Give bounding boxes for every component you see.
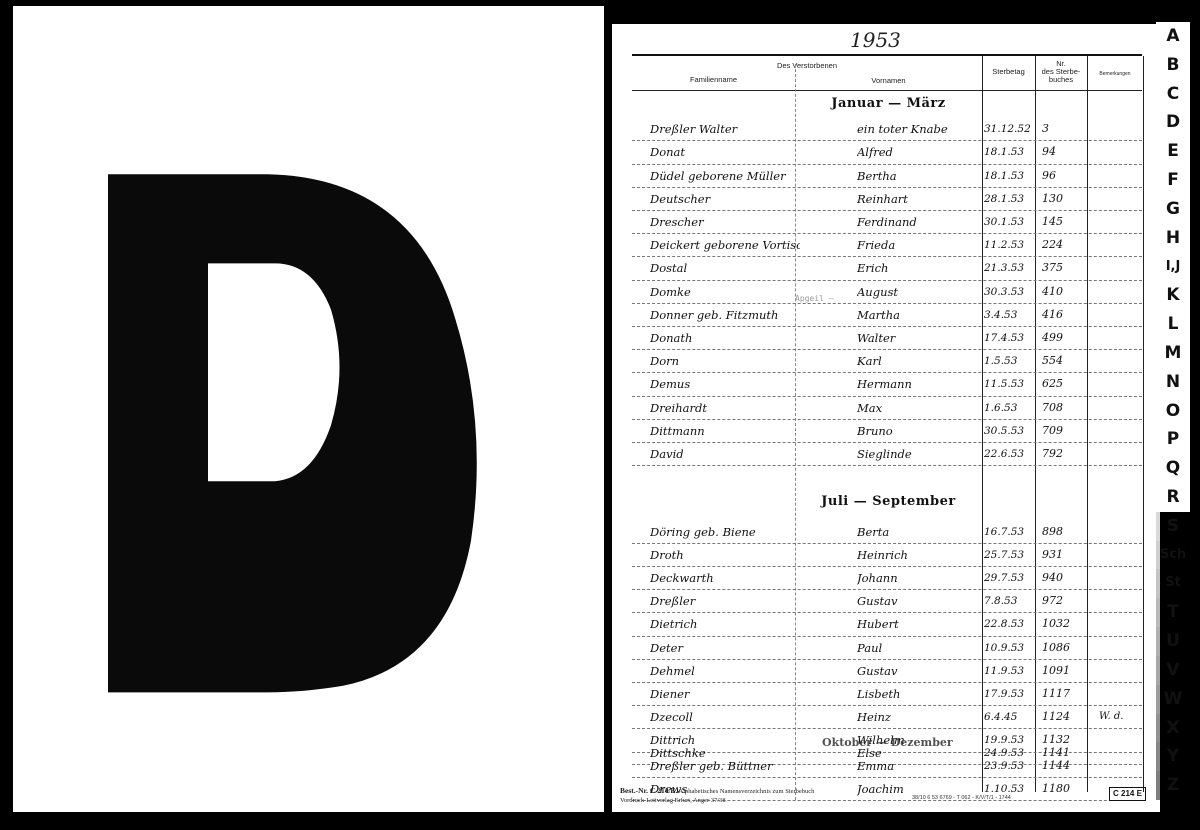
index-tab-n[interactable]: N [1156, 368, 1190, 397]
footer-order-number: Best.-Nr. C 214 E. [620, 786, 677, 795]
row-rule [632, 777, 1142, 778]
entry-vornamen: Lisbeth [857, 687, 987, 701]
entry-nr: 410 [1042, 285, 1090, 298]
entry-familienname: Düdel geborene Müller [650, 169, 800, 183]
row-rule [632, 140, 1142, 141]
entry-familienname: Droth [650, 548, 800, 562]
entry-nr: 1144 [1042, 759, 1090, 772]
index-tab-u[interactable]: U [1156, 627, 1190, 656]
entry-nr: 145 [1042, 215, 1090, 228]
entry-nr: 1132 [1042, 733, 1090, 746]
entry-familienname: Deter [650, 641, 800, 655]
entry-sterbetag: 25.7.53 [984, 549, 1036, 561]
index-tab-b[interactable]: B [1156, 51, 1190, 80]
entry-nr: 375 [1042, 261, 1090, 274]
entry-familienname: Dehmel [650, 664, 800, 678]
entry-nr: 1124 [1042, 710, 1090, 723]
row-rule [632, 372, 1142, 373]
entry-nr: 94 [1042, 145, 1090, 158]
row-rule [632, 543, 1142, 544]
entry-nr: 708 [1042, 401, 1090, 414]
entry-familienname: Dietrich [650, 617, 800, 631]
entry-familienname: Deckwarth [650, 571, 800, 585]
row-rule [632, 442, 1142, 443]
entry-vornamen: Erich [857, 261, 987, 275]
entry-vornamen: ein toter Knabe [857, 122, 987, 136]
row-rule [632, 187, 1142, 188]
row-rule [632, 705, 1142, 706]
entry-nr: 898 [1042, 525, 1090, 538]
entry-vornamen: Heinrich [857, 548, 987, 562]
alphabet-index-tabs: ABCDEFGHI,JKLMNOPQRSSchStTUVWXYZ [1156, 22, 1192, 812]
row-rule [632, 612, 1142, 613]
index-tab-k[interactable]: K [1156, 281, 1190, 310]
index-tab-t[interactable]: T [1156, 598, 1190, 627]
letter-d-divider-icon [13, 6, 604, 812]
entry-sterbetag: 6.4.45 [984, 711, 1036, 723]
footer-title: Alphabetisches Namensverzeichnis zum Ste… [679, 788, 815, 795]
entry-sterbetag: 11.2.53 [984, 239, 1036, 251]
row-rule [632, 280, 1142, 281]
entry-bemerkung: W. d. [1099, 711, 1139, 722]
entry-nr: 940 [1042, 571, 1090, 584]
index-tab-x[interactable]: X [1156, 714, 1190, 743]
entry-familienname: Dostal [650, 261, 800, 275]
entry-familienname: Döring geb. Biene [650, 525, 800, 539]
footer-print-code: 38/10 6 53 6769 - T 062 - K/V/T/1 - 1744 [912, 795, 1011, 801]
entry-familienname: Dorn [650, 354, 800, 368]
entry-vornamen: Martha [857, 308, 987, 322]
entry-sterbetag: 17.9.53 [984, 688, 1036, 700]
entry-vornamen: Gustav [857, 594, 987, 608]
header-nr: Nr. des Sterbe- buches [1035, 60, 1087, 84]
entry-vornamen: Paul [857, 641, 987, 655]
index-tab-e[interactable]: E [1156, 137, 1190, 166]
row-rule [632, 349, 1142, 350]
header-bemerkungen: Bemerkungen [1087, 70, 1143, 78]
entry-nr: 1180 [1042, 782, 1090, 795]
entry-sterbetag: 7.8.53 [984, 595, 1036, 607]
index-tab-g[interactable]: G [1156, 195, 1190, 224]
stamp-mark: Apgeil — [795, 294, 834, 303]
index-tab-st[interactable]: St [1156, 569, 1190, 598]
entry-familienname: Demus [650, 377, 800, 391]
header-nr-line3: buches [1035, 76, 1087, 84]
entry-familienname: Drescher [650, 215, 800, 229]
entry-sterbetag: 18.1.53 [984, 170, 1036, 182]
form-number-box: C 214 E [1109, 787, 1146, 801]
entry-nr: 972 [1042, 594, 1090, 607]
entry-vornamen: Johann [857, 571, 987, 585]
index-tab-s[interactable]: S [1156, 512, 1190, 541]
entry-familienname: Dreßler geb. Büttner [650, 759, 800, 773]
index-tab-z[interactable]: Z [1156, 771, 1190, 800]
entry-nr: 499 [1042, 331, 1090, 344]
entry-sterbetag: 28.1.53 [984, 193, 1036, 205]
row-rule [632, 419, 1142, 420]
entry-vornamen: Berta [857, 525, 987, 539]
entry-nr: 130 [1042, 192, 1090, 205]
entry-familienname: Dreßler Walter [650, 122, 800, 136]
row-rule [632, 636, 1142, 637]
row-rule [632, 303, 1142, 304]
entry-sterbetag: 30.5.53 [984, 425, 1036, 437]
index-tab-p[interactable]: P [1156, 425, 1190, 454]
entry-nr: 96 [1042, 169, 1090, 182]
index-tab-w[interactable]: W [1156, 685, 1190, 714]
register-year: 1953 [850, 28, 901, 52]
entry-nr: 1117 [1042, 687, 1090, 700]
entry-sterbetag: 19.9.53 [984, 734, 1036, 746]
row-rule [632, 682, 1142, 683]
header-rule [632, 54, 1142, 56]
divider-card [13, 6, 604, 812]
row-rule [632, 396, 1142, 397]
entry-nr: 792 [1042, 447, 1090, 460]
entry-familienname: Dreihardt [650, 401, 800, 415]
entry-sterbetag: 1.10.53 [984, 783, 1036, 795]
index-tab-a[interactable]: A [1156, 22, 1190, 51]
index-tab-c[interactable]: C [1156, 80, 1190, 109]
entry-sterbetag: 24.9.53 [984, 747, 1036, 759]
index-tab-q[interactable]: Q [1156, 454, 1190, 483]
index-tab-h[interactable]: H [1156, 224, 1190, 253]
entry-familienname: David [650, 447, 800, 461]
column-divider [1143, 56, 1144, 792]
entry-sterbetag: 17.4.53 [984, 332, 1036, 344]
index-tab-l[interactable]: L [1156, 310, 1190, 339]
footer-publisher: Vordruck-Leitverlag Erfurt, Anger 37/38 [620, 796, 814, 805]
entry-familienname: Donat [650, 145, 800, 159]
header-bottom-rule [632, 90, 1142, 91]
row-rule [632, 659, 1142, 660]
entry-familienname: Deutscher [650, 192, 800, 206]
row-rule [632, 465, 1142, 466]
entry-familienname: Dzecoll [650, 710, 800, 724]
entry-vornamen: Heinz [857, 710, 987, 724]
section-title: Juli — September [795, 494, 982, 509]
entry-familienname: Donner geb. Fitzmuth [650, 308, 800, 322]
entry-vornamen: Alfred [857, 145, 987, 159]
entry-nr: 416 [1042, 308, 1090, 321]
entry-vornamen: August [857, 285, 987, 299]
form-footer: Best.-Nr. C 214 E. Alphabetisches Namens… [620, 786, 814, 805]
index-tab-sch[interactable]: Sch [1156, 541, 1190, 570]
index-tab-m[interactable]: M [1156, 339, 1190, 368]
register-page: 1953 Des Verstorbenen Familienname Vorna… [612, 24, 1160, 812]
section-title: Oktober — Dezember [822, 736, 953, 749]
header-sterbetag: Sterbetag [982, 68, 1035, 76]
entry-familienname: Diener [650, 687, 800, 701]
entry-vornamen: Bertha [857, 169, 987, 183]
entry-vornamen: Walter [857, 331, 987, 345]
header-familienname: Familienname [632, 76, 795, 84]
entry-vornamen: Gustav [857, 664, 987, 678]
entry-vornamen: Reinhart [857, 192, 987, 206]
entry-vornamen: Hubert [857, 617, 987, 631]
entry-vornamen: Hermann [857, 377, 987, 391]
entry-nr: 1091 [1042, 664, 1090, 677]
row-rule [632, 210, 1142, 211]
entry-nr: 709 [1042, 424, 1090, 437]
entry-sterbetag: 22.8.53 [984, 618, 1036, 630]
entry-sterbetag: 18.1.53 [984, 146, 1036, 158]
row-rule [632, 728, 1142, 729]
index-tab-r[interactable]: R [1156, 483, 1190, 512]
row-rule [632, 589, 1142, 590]
entry-vornamen: Sieglinde [857, 447, 987, 461]
row-rule [632, 233, 1142, 234]
entry-nr: 1032 [1042, 617, 1090, 630]
row-rule [632, 164, 1142, 165]
entry-nr: 3 [1042, 122, 1090, 135]
entry-familienname: Domke [650, 285, 800, 299]
entry-sterbetag: 30.3.53 [984, 286, 1036, 298]
index-tab-d[interactable]: D [1156, 108, 1190, 137]
entry-sterbetag: 1.6.53 [984, 402, 1036, 414]
row-rule [632, 566, 1142, 567]
entry-sterbetag: 3.4.53 [984, 309, 1036, 321]
entry-sterbetag: 1.5.53 [984, 355, 1036, 367]
index-tab-o[interactable]: O [1156, 397, 1190, 426]
entry-familienname: Dittmann [650, 424, 800, 438]
header-vornamen: Vornamen [795, 77, 982, 85]
entry-familienname: Dreßler [650, 594, 800, 608]
entry-nr: 931 [1042, 548, 1090, 561]
entry-vornamen: Karl [857, 354, 987, 368]
entry-sterbetag: 29.7.53 [984, 572, 1036, 584]
entry-familienname: Deickert geborene Vortisch [650, 238, 800, 252]
index-tab-f[interactable]: F [1156, 166, 1190, 195]
row-rule [632, 256, 1142, 257]
entry-familienname: Donath [650, 331, 800, 345]
header-group: Des Verstorbenen [632, 62, 982, 70]
entry-nr: 1141 [1042, 746, 1090, 759]
entry-vornamen: Ferdinand [857, 215, 987, 229]
entry-sterbetag: 31.12.52 [984, 123, 1036, 135]
entry-sterbetag: 11.5.53 [984, 378, 1036, 390]
entry-vornamen: Frieda [857, 238, 987, 252]
index-tab-y[interactable]: Y [1156, 742, 1190, 771]
entry-nr: 625 [1042, 377, 1090, 390]
row-rule [632, 326, 1142, 327]
entry-sterbetag: 23.9.53 [984, 760, 1036, 772]
entry-sterbetag: 21.3.53 [984, 262, 1036, 274]
entry-sterbetag: 30.1.53 [984, 216, 1036, 228]
index-tab-v[interactable]: V [1156, 656, 1190, 685]
entry-nr: 224 [1042, 238, 1090, 251]
entry-nr: 1086 [1042, 641, 1090, 654]
entry-vornamen: Bruno [857, 424, 987, 438]
entry-sterbetag: 16.7.53 [984, 526, 1036, 538]
entry-vornamen: Emma [857, 759, 987, 773]
entry-sterbetag: 10.9.53 [984, 642, 1036, 654]
entry-vornamen: Max [857, 401, 987, 415]
section-title: Januar — März [795, 96, 982, 111]
index-tab-ij[interactable]: I,J [1156, 253, 1190, 282]
entry-vornamen: Joachim [857, 782, 987, 796]
entry-sterbetag: 11.9.53 [984, 665, 1036, 677]
entry-sterbetag: 22.6.53 [984, 448, 1036, 460]
entry-nr: 554 [1042, 354, 1090, 367]
